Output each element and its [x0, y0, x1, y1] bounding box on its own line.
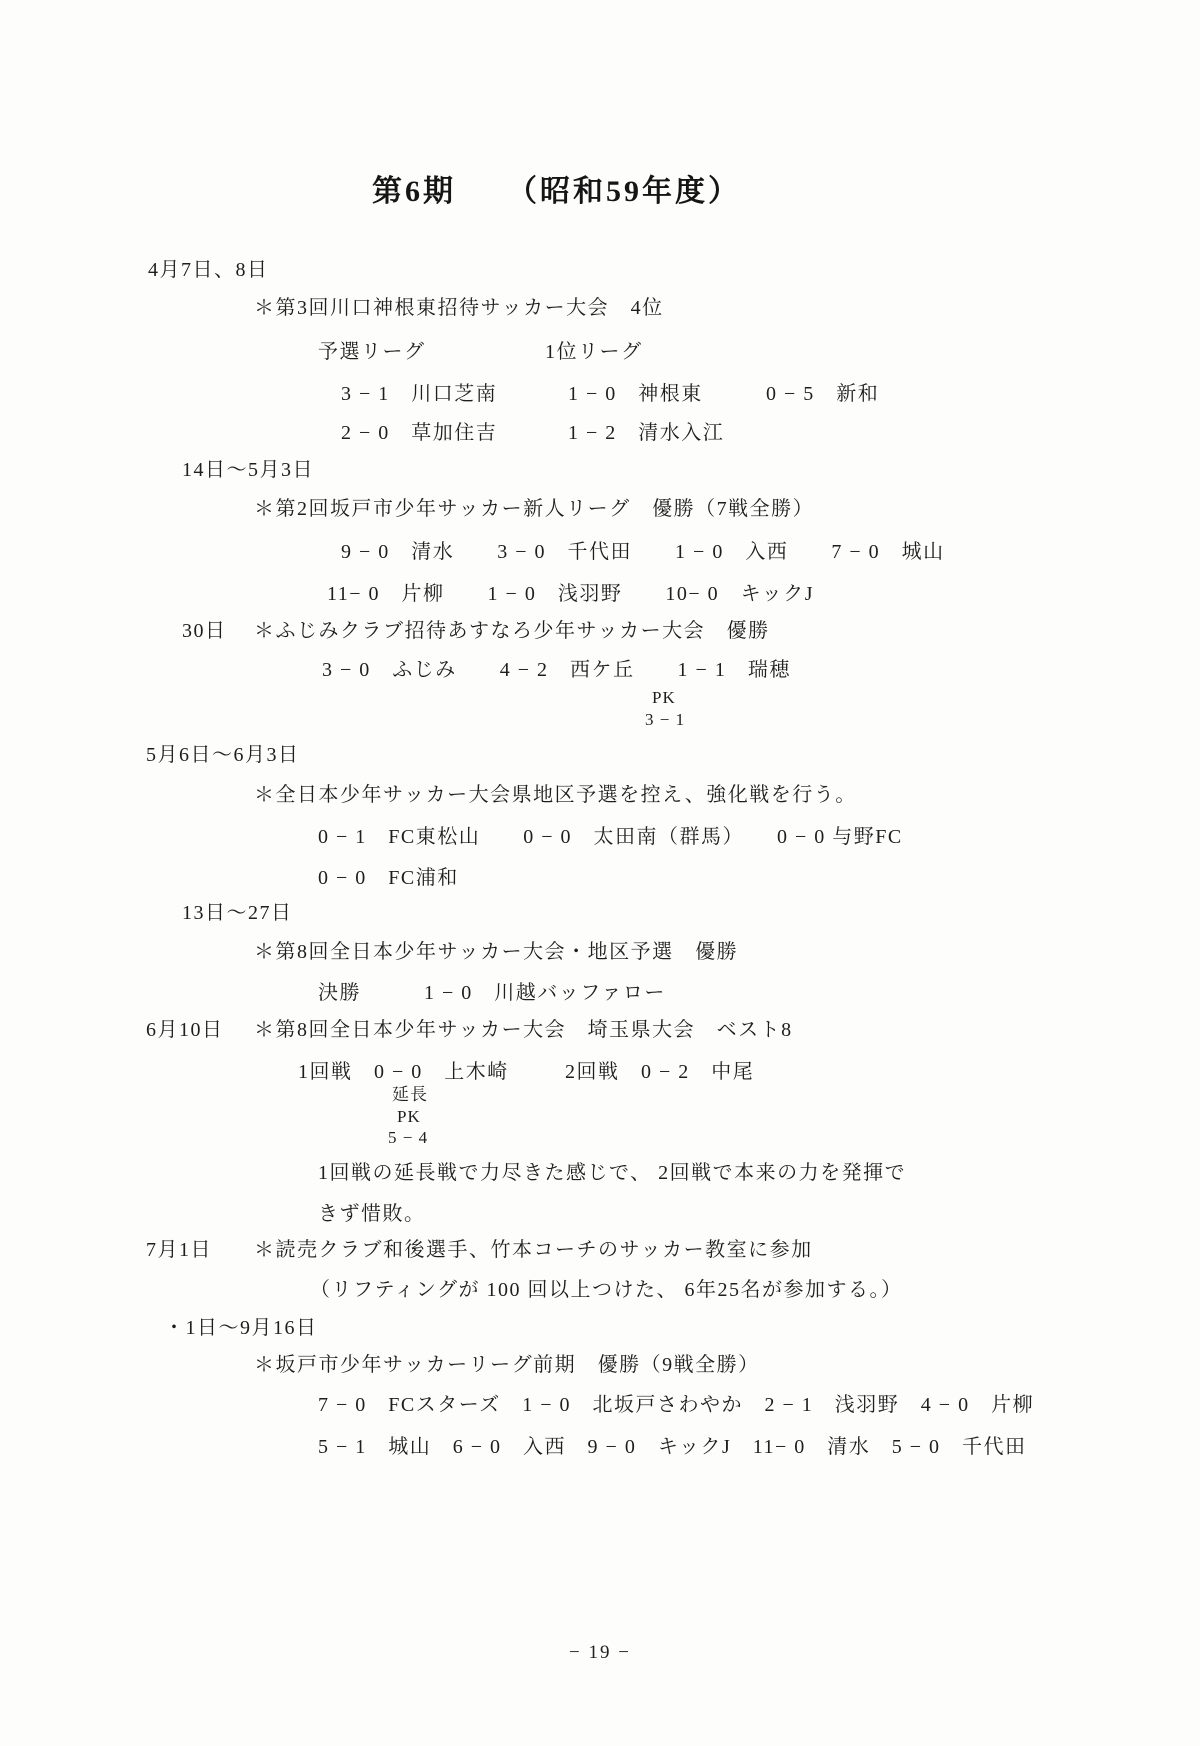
page-title: 第6期 （昭和59年度） [372, 166, 741, 210]
match-results-strengthening-row1: 0 − 1 FC東松山 0 − 0 太田南（群馬） 0 − 0 与野FC [318, 825, 903, 849]
date-apr-7-8: 4月7日、8日 [148, 258, 269, 282]
commentary-line2: きず惜敗。 [318, 1202, 426, 1226]
label-qualifying-league: 予選リーグ [318, 340, 426, 364]
match-result-kawaguchi-shibanan: 3 − 1 川口芝南 [341, 382, 497, 406]
match-results-rookie-league-row1: 9 − 0 清水 3 − 0 千代田 1 − 0 入西 7 − 0 城山 [341, 540, 945, 564]
extra-time-label: 延長 [392, 1085, 428, 1105]
date-may6-jun3: 5月6日～6月3日 [146, 743, 300, 767]
note-lifting-participants: （リフティングが 100 回以上つけた、 6年25名が参加する。） [310, 1278, 903, 1302]
match-result-soka-sumiyoshi: 2 − 0 草加住吉 [341, 421, 497, 445]
date-jul1-sep16: ・1日～9月16日 [164, 1316, 318, 1340]
date-jun-10: 6月10日 [146, 1018, 224, 1042]
label-first-place-league: 1位リーグ [545, 340, 643, 364]
pk-score-round1: 5 − 4 [388, 1128, 428, 1148]
match-result-round1-kamikizaki: 1回戦 0 − 0 上木崎 [298, 1060, 509, 1084]
match-results-league-row2: 5 − 1 城山 6 − 0 入西 9 − 0 キックJ 11− 0 清水 5 … [318, 1435, 1027, 1459]
match-result-round2-nakao: 2回戦 0 − 2 中尾 [565, 1060, 754, 1084]
event-kawaguchi-kamine-tournament: ＊第3回川口神根東招待サッカー大会 4位 [254, 296, 664, 320]
match-results-strengthening-row2: 0 − 0 FC浦和 [318, 866, 459, 890]
match-result-kamine-higashi: 1 − 0 神根東 [568, 382, 703, 406]
match-results-rookie-league-row2: 11− 0 片柳 1 − 0 浅羽野 10− 0 キックJ [327, 582, 814, 606]
event-sakado-rookie-league: ＊第2回坂戸市少年サッカー新人リーグ 優勝（7戦全勝） [254, 497, 814, 521]
pk-label-round1: PK [397, 1107, 421, 1127]
document-page: 第6期 （昭和59年度） 4月7日、8日 ＊第3回川口神根東招待サッカー大会 4… [0, 0, 1200, 1746]
event-fujimi-asunaro-tournament: ＊ふじみクラブ招待あすなろ少年サッカー大会 優勝 [254, 619, 770, 643]
label-final: 決勝 [318, 981, 361, 1005]
event-all-japan-saitama: ＊第8回全日本少年サッカー大会 埼玉県大会 ベスト8 [254, 1018, 793, 1042]
commentary-line1: 1回戦の延長戦で力尽きた感じで、 2回戦で本来の力を発揮で [318, 1161, 906, 1185]
page-number: − 19 − [0, 1642, 1200, 1664]
match-results-league-row1: 7 − 0 FCスターズ 1 − 0 北坂戸さわやか 2 − 1 浅羽野 4 −… [318, 1393, 1034, 1417]
date-apr-30: 30日 [182, 619, 227, 643]
event-sakado-league-first-half: ＊坂戸市少年サッカーリーグ前期 優勝（9戦全勝） [254, 1353, 760, 1377]
date-jun13-27: 13日～27日 [182, 901, 293, 925]
event-all-japan-district-qualifier: ＊第8回全日本少年サッカー大会・地区予選 優勝 [254, 940, 738, 964]
match-results-asunaro: 3 − 0 ふじみ 4 − 2 西ケ丘 1 − 1 瑞穂 [322, 658, 791, 682]
event-strengthening-matches: ＊全日本少年サッカー大会県地区予選を控え、強化戦を行う。 [254, 783, 857, 807]
match-result-kawagoe-buffalo: 1 − 0 川越バッファロー [424, 981, 666, 1005]
date-jul-1: 7月1日 [146, 1238, 212, 1262]
event-yomiuri-clinic: ＊読売クラブ和後選手、竹本コーチのサッカー教室に参加 [254, 1238, 813, 1262]
pk-label-asunaro: PK [652, 688, 676, 708]
date-apr14-may3: 14日～5月3日 [182, 458, 314, 482]
match-result-shimizu-irie: 1 − 2 清水入江 [568, 421, 724, 445]
match-result-shinwa: 0 − 5 新和 [766, 382, 879, 406]
pk-score-asunaro: 3 − 1 [645, 710, 685, 730]
